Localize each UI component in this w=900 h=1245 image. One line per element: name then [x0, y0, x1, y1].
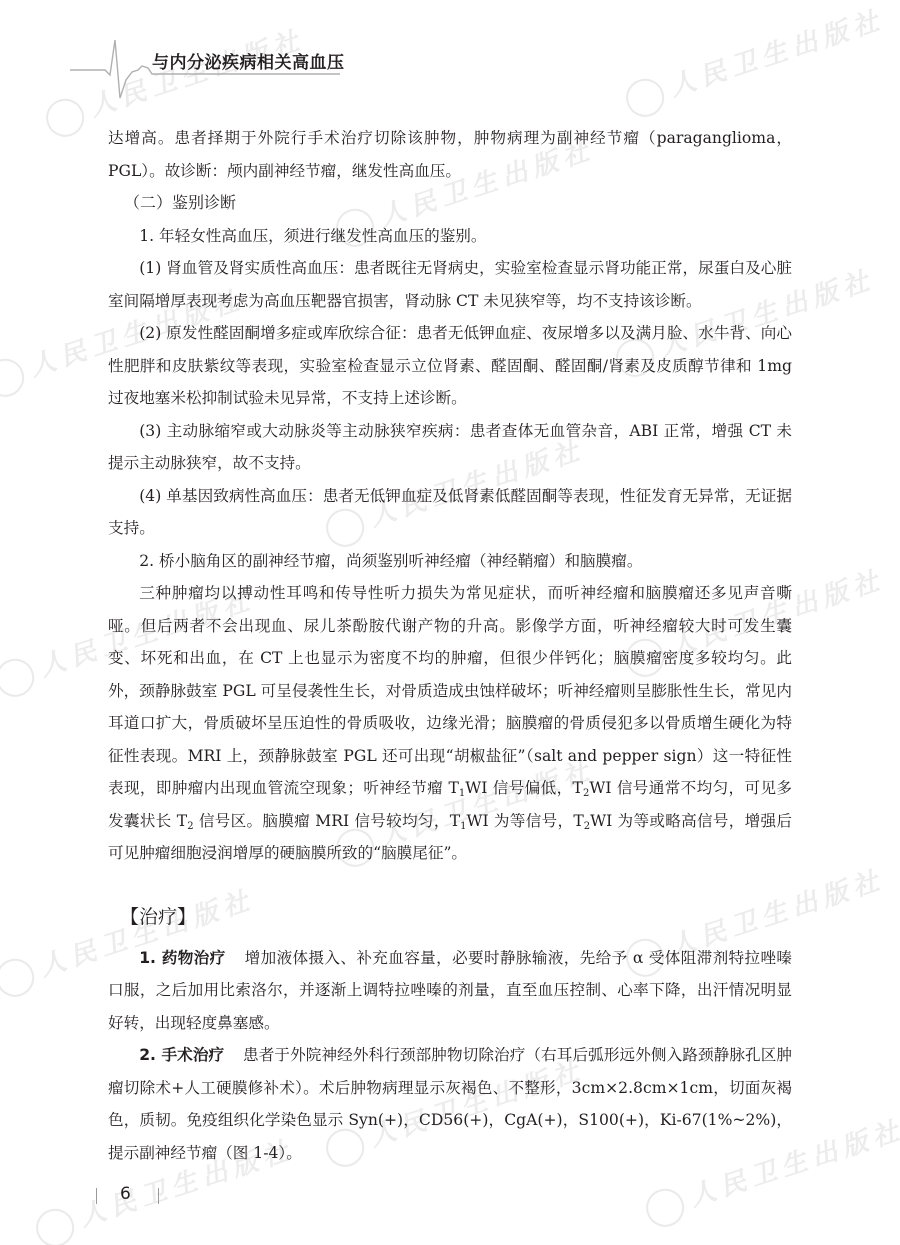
intro-paragraph: 达增高。患者择期于外院行手术治疗切除该肿物，肿物病理为副神经节瘤（paragan…	[108, 122, 792, 187]
drug-therapy-paragraph: 1. 药物治疗增加液体摄入、补充血容量，必要时静脉输液，先给予 α 受体阻滞剂特…	[108, 942, 792, 1040]
section-title-treatment: 【治疗】	[120, 902, 792, 932]
page-body: 达增高。患者择期于外院行手术治疗切除该肿物，肿物病理为副神经节瘤（paragan…	[108, 122, 792, 1169]
running-title: 与内分泌疾病相关高血压	[152, 48, 345, 73]
item1-2-paragraph: (2) 原发性醛固酮增多症或库欣综合征：患者无低钾血症、夜尿增多以及满月脸、水牛…	[108, 317, 792, 415]
running-header: 与内分泌疾病相关高血压	[0, 0, 900, 110]
item1-3-paragraph: (3) 主动脉缩窄或大动脉炎等主动脉狭窄疾病：患者查体无血管杂音，ABI 正常，…	[108, 415, 792, 480]
footer-rule-right	[158, 1188, 159, 1204]
item2-title: 2. 桥小脑角区的副神经节瘤，尚须鉴别听神经瘤（神经鞘瘤）和脑膜瘤。	[108, 545, 792, 578]
drug-therapy-lead: 1. 药物治疗	[139, 949, 225, 967]
publisher-seal-icon	[0, 354, 29, 402]
item1-title: 1. 年轻女性高血压，须进行继发性高血压的鉴别。	[108, 220, 792, 253]
publisher-seal-icon	[31, 1204, 79, 1245]
page-number: 6	[120, 1184, 131, 1204]
differential-paragraph: 三种肿瘤均以搏动性耳鸣和传导性听力损失为常见症状，而听神经瘤和脑膜瘤还多见声音嘶…	[108, 577, 792, 870]
publisher-seal-icon	[0, 654, 39, 702]
surgery-lead: 2. 手术治疗	[139, 1046, 224, 1064]
publisher-seal-icon	[641, 1184, 689, 1232]
subsection-title: （二）鉴别诊断	[108, 187, 792, 220]
surgery-paragraph: 2. 手术治疗患者于外院神经外科行颈部肿物切除治疗（右耳后弧形远外侧入路颈静脉孔…	[108, 1039, 792, 1169]
publisher-seal-icon	[0, 954, 39, 1002]
footer-rule-left	[96, 1188, 97, 1204]
item1-1-paragraph: (1) 肾血管及肾实质性高血压：患者既往无肾病史，实验室检查显示肾功能正常，尿蛋…	[108, 252, 792, 317]
item1-4-paragraph: (4) 单基因致病性高血压：患者无低钾血症及低肾素低醛固酮等表现，性征发育无异常…	[108, 480, 792, 545]
